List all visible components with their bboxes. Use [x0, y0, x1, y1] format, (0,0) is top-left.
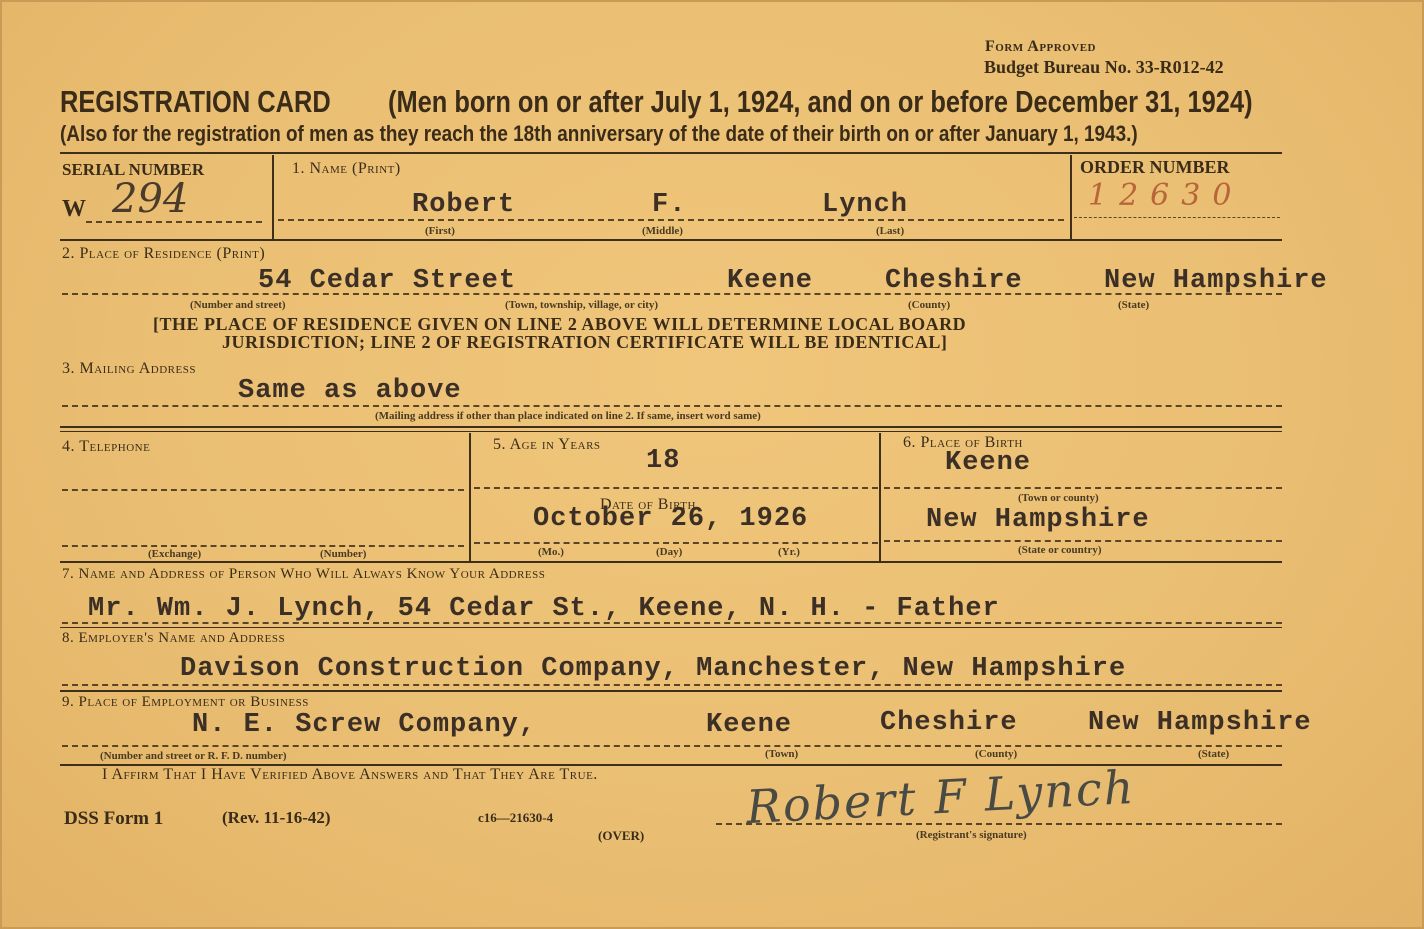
name-middle: F. [652, 190, 686, 220]
dob-day-caption: (Day) [656, 546, 682, 558]
form-revision: (Rev. 11-16-42) [222, 808, 331, 828]
employer-label: 8. Employer's Name and Address [62, 630, 285, 647]
residence-line [62, 293, 1282, 295]
divider [60, 239, 1282, 241]
order-number-value: 12630 [1088, 178, 1243, 213]
serial-number-value: 294 [112, 176, 188, 222]
employment-place-label: 9. Place of Employment or Business [62, 694, 309, 711]
serial-prefix: W [62, 196, 86, 223]
telephone-number-caption: (Number) [320, 548, 366, 560]
employer-line [62, 684, 1282, 686]
telephone-line-2 [62, 545, 464, 547]
name-middle-caption: (Middle) [642, 225, 683, 237]
dob-year-caption: (Yr.) [778, 546, 800, 558]
card-subtitle: (Men born on or after July 1, 1924, and … [388, 84, 1253, 120]
employment-street: N. E. Screw Company, [192, 710, 536, 740]
divider [272, 155, 274, 239]
employment-county: Cheshire [880, 708, 1018, 738]
place-of-birth-state: New Hampshire [926, 505, 1150, 535]
mailing-address-label: 3. Mailing Address [62, 360, 196, 378]
place-of-birth-town: Keene [945, 448, 1031, 478]
residence-state-caption: (State) [1118, 299, 1149, 311]
age-line [474, 487, 878, 489]
employment-state: New Hampshire [1088, 708, 1312, 738]
employment-state-caption: (State) [1198, 748, 1229, 760]
name-line [278, 219, 1064, 221]
serial-line [86, 221, 262, 223]
telephone-label: 4. Telephone [62, 438, 150, 456]
employer-value: Davison Construction Company, Manchester… [180, 654, 1126, 684]
print-code: c16—21630-4 [478, 810, 553, 826]
name-last-caption: (Last) [876, 225, 904, 237]
residence-county: Cheshire [885, 266, 1023, 296]
divider [879, 433, 881, 561]
residence-town-caption: (Town, township, village, or city) [505, 299, 658, 311]
age-value: 18 [646, 446, 680, 476]
employment-town-caption: (Town) [765, 748, 798, 760]
divider [469, 433, 471, 561]
residence-town: Keene [727, 266, 813, 296]
registration-card: Form Approved Budget Bureau No. 33-R012-… [0, 0, 1424, 929]
residence-label: 2. Place of Residence (Print) [62, 245, 265, 263]
signature-caption: (Registrant's signature) [916, 829, 1027, 841]
dob-line [474, 542, 878, 544]
name-first-caption: (First) [425, 225, 455, 237]
employment-county-caption: (County) [975, 748, 1017, 760]
form-id: DSS Form 1 [64, 808, 163, 830]
residence-state: New Hampshire [1104, 266, 1328, 296]
mailing-address-value: Same as above [238, 376, 462, 406]
residence-street: 54 Cedar Street [258, 266, 516, 296]
residence-notice-line-2: JURISDICTION; LINE 2 OF REGISTRATION CER… [222, 332, 947, 353]
order-line [1074, 217, 1280, 218]
divider [60, 426, 1282, 428]
budget-bureau-number: Budget Bureau No. 33-R012-42 [984, 57, 1224, 78]
card-subtitle-2: (Also for the registration of men as the… [60, 121, 1138, 147]
over-indicator: (OVER) [598, 828, 644, 844]
place-of-birth-state-caption: (State or country) [1018, 544, 1102, 556]
name-label: 1. Name (Print) [292, 160, 401, 178]
employment-street-caption: (Number and street or R. F. D. number) [100, 750, 287, 762]
contact-line [62, 622, 1282, 624]
residence-county-caption: (County) [908, 299, 950, 311]
birthplace-line-1 [884, 487, 1282, 489]
name-first: Robert [412, 190, 515, 220]
age-label: 5. Age in Years [493, 436, 601, 454]
birthplace-line-2 [884, 540, 1282, 542]
divider [60, 431, 1282, 432]
divider [60, 561, 1282, 563]
place-of-birth-town-caption: (Town or county) [1018, 492, 1099, 504]
dob-month-caption: (Mo.) [538, 546, 564, 558]
signature-line [716, 823, 1282, 825]
telephone-line-1 [62, 489, 464, 491]
order-number-label: ORDER NUMBER [1080, 157, 1230, 178]
card-title: REGISTRATION CARD [60, 84, 331, 120]
employment-town: Keene [706, 710, 792, 740]
form-approved-label: Form Approved [985, 38, 1096, 56]
date-of-birth-value: October 26, 1926 [533, 504, 808, 534]
mailing-address-caption: (Mailing address if other than place ind… [375, 410, 761, 422]
divider [1070, 155, 1072, 239]
contact-person-label: 7. Name and Address of Person Who Will A… [62, 566, 545, 583]
contact-person-value: Mr. Wm. J. Lynch, 54 Cedar St., Keene, N… [88, 594, 1000, 624]
name-last: Lynch [822, 190, 908, 220]
divider [60, 690, 1282, 692]
affirmation-statement: I Affirm That I Have Verified Above Answ… [102, 766, 598, 784]
mailing-line [62, 405, 1282, 407]
telephone-exchange-caption: (Exchange) [148, 548, 201, 560]
residence-street-caption: (Number and street) [190, 299, 286, 311]
divider [60, 152, 1282, 154]
employment-line [62, 745, 1282, 747]
divider [60, 627, 1282, 628]
